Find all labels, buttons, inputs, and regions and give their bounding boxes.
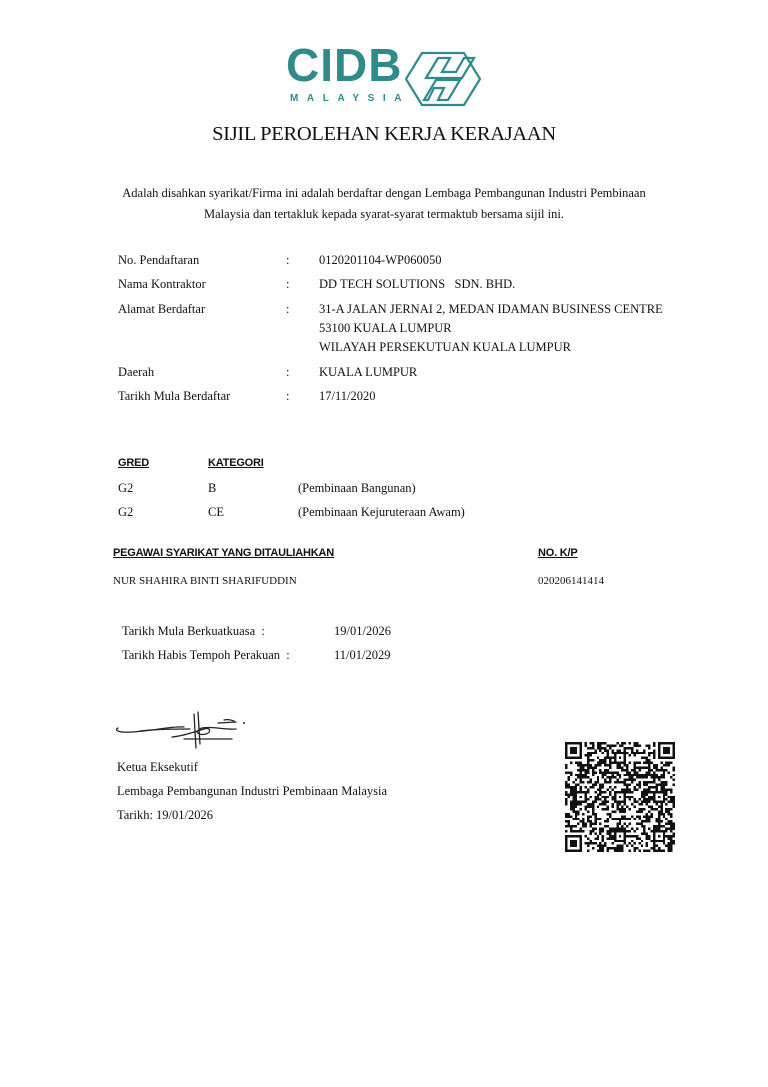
validity-end-value: 11/01/2029 [334,648,390,663]
registration-no-label: No. Pendaftaran [118,253,199,268]
registration-date-label: Tarikh Mula Berdaftar [118,389,230,404]
category-description: (Pembinaan Kejuruteraan Awam) [298,505,465,520]
validity-end-label: Tarikh Habis Tempoh Perakuan : [122,648,290,663]
signature-icon [112,710,252,750]
separator: : [286,277,289,292]
grade-header: GRED [118,457,149,469]
cidb-logo: CIDB MALAYSIA [286,48,486,112]
officer-ic: 020206141414 [538,575,604,587]
category-description: (Pembinaan Bangunan) [298,481,416,496]
signatory-date: Tarikh: 19/01/2026 [117,808,213,823]
logo-name: CIDB [286,42,402,88]
logo-subtitle: MALAYSIA [290,93,410,104]
officer-name: NUR SHAHIRA BINTI SHARIFUDDIN [113,575,297,587]
grade-cell: G2 [118,505,133,520]
category-header: KATEGORI [208,457,264,469]
address-line-1: 31-A JALAN JERNAI 2, MEDAN IDAMAN BUSINE… [319,302,663,317]
district-value: KUALA LUMPUR [319,365,417,380]
validity-start-label: Tarikh Mula Berkuatkuasa : [122,624,265,639]
address-line-2: 53100 KUALA LUMPUR [319,321,452,336]
separator: : [286,365,289,380]
grade-cell: G2 [118,481,133,496]
intro-line-1: Adalah disahkan syarikat/Firma ini adala… [100,183,668,204]
signatory-organization: Lembaga Pembangunan Industri Pembinaan M… [117,784,387,799]
category-cell: B [208,481,216,496]
category-cell: CE [208,505,224,520]
separator: : [286,253,289,268]
certificate-title: SIJIL PEROLEHAN KERJA KERAJAAN [0,123,768,146]
intro-line-2: Malaysia dan tertakluk kepada syarat-sya… [100,204,668,225]
qr-code-icon [565,742,675,852]
address-label: Alamat Berdaftar [118,302,205,317]
separator: : [286,389,289,404]
registration-no-value: 0120201104-WP060050 [319,253,441,268]
signatory-title: Ketua Eksekutif [117,760,198,775]
intro-text: Adalah disahkan syarikat/Firma ini adala… [100,183,668,225]
contractor-name-label: Nama Kontraktor [118,277,206,292]
ic-header: NO. K/P [538,547,578,559]
officer-header: PEGAWAI SYARIKAT YANG DITAULIAHKAN [113,547,334,559]
cidb-hexagon-mark-icon [404,50,482,108]
address-line-3: WILAYAH PERSEKUTUAN KUALA LUMPUR [319,340,571,355]
separator: : [286,302,289,317]
registration-date-value: 17/11/2020 [319,389,375,404]
contractor-name-value: DD TECH SOLUTIONS SDN. BHD. [319,277,515,292]
validity-start-value: 19/01/2026 [334,624,391,639]
district-label: Daerah [118,365,154,380]
